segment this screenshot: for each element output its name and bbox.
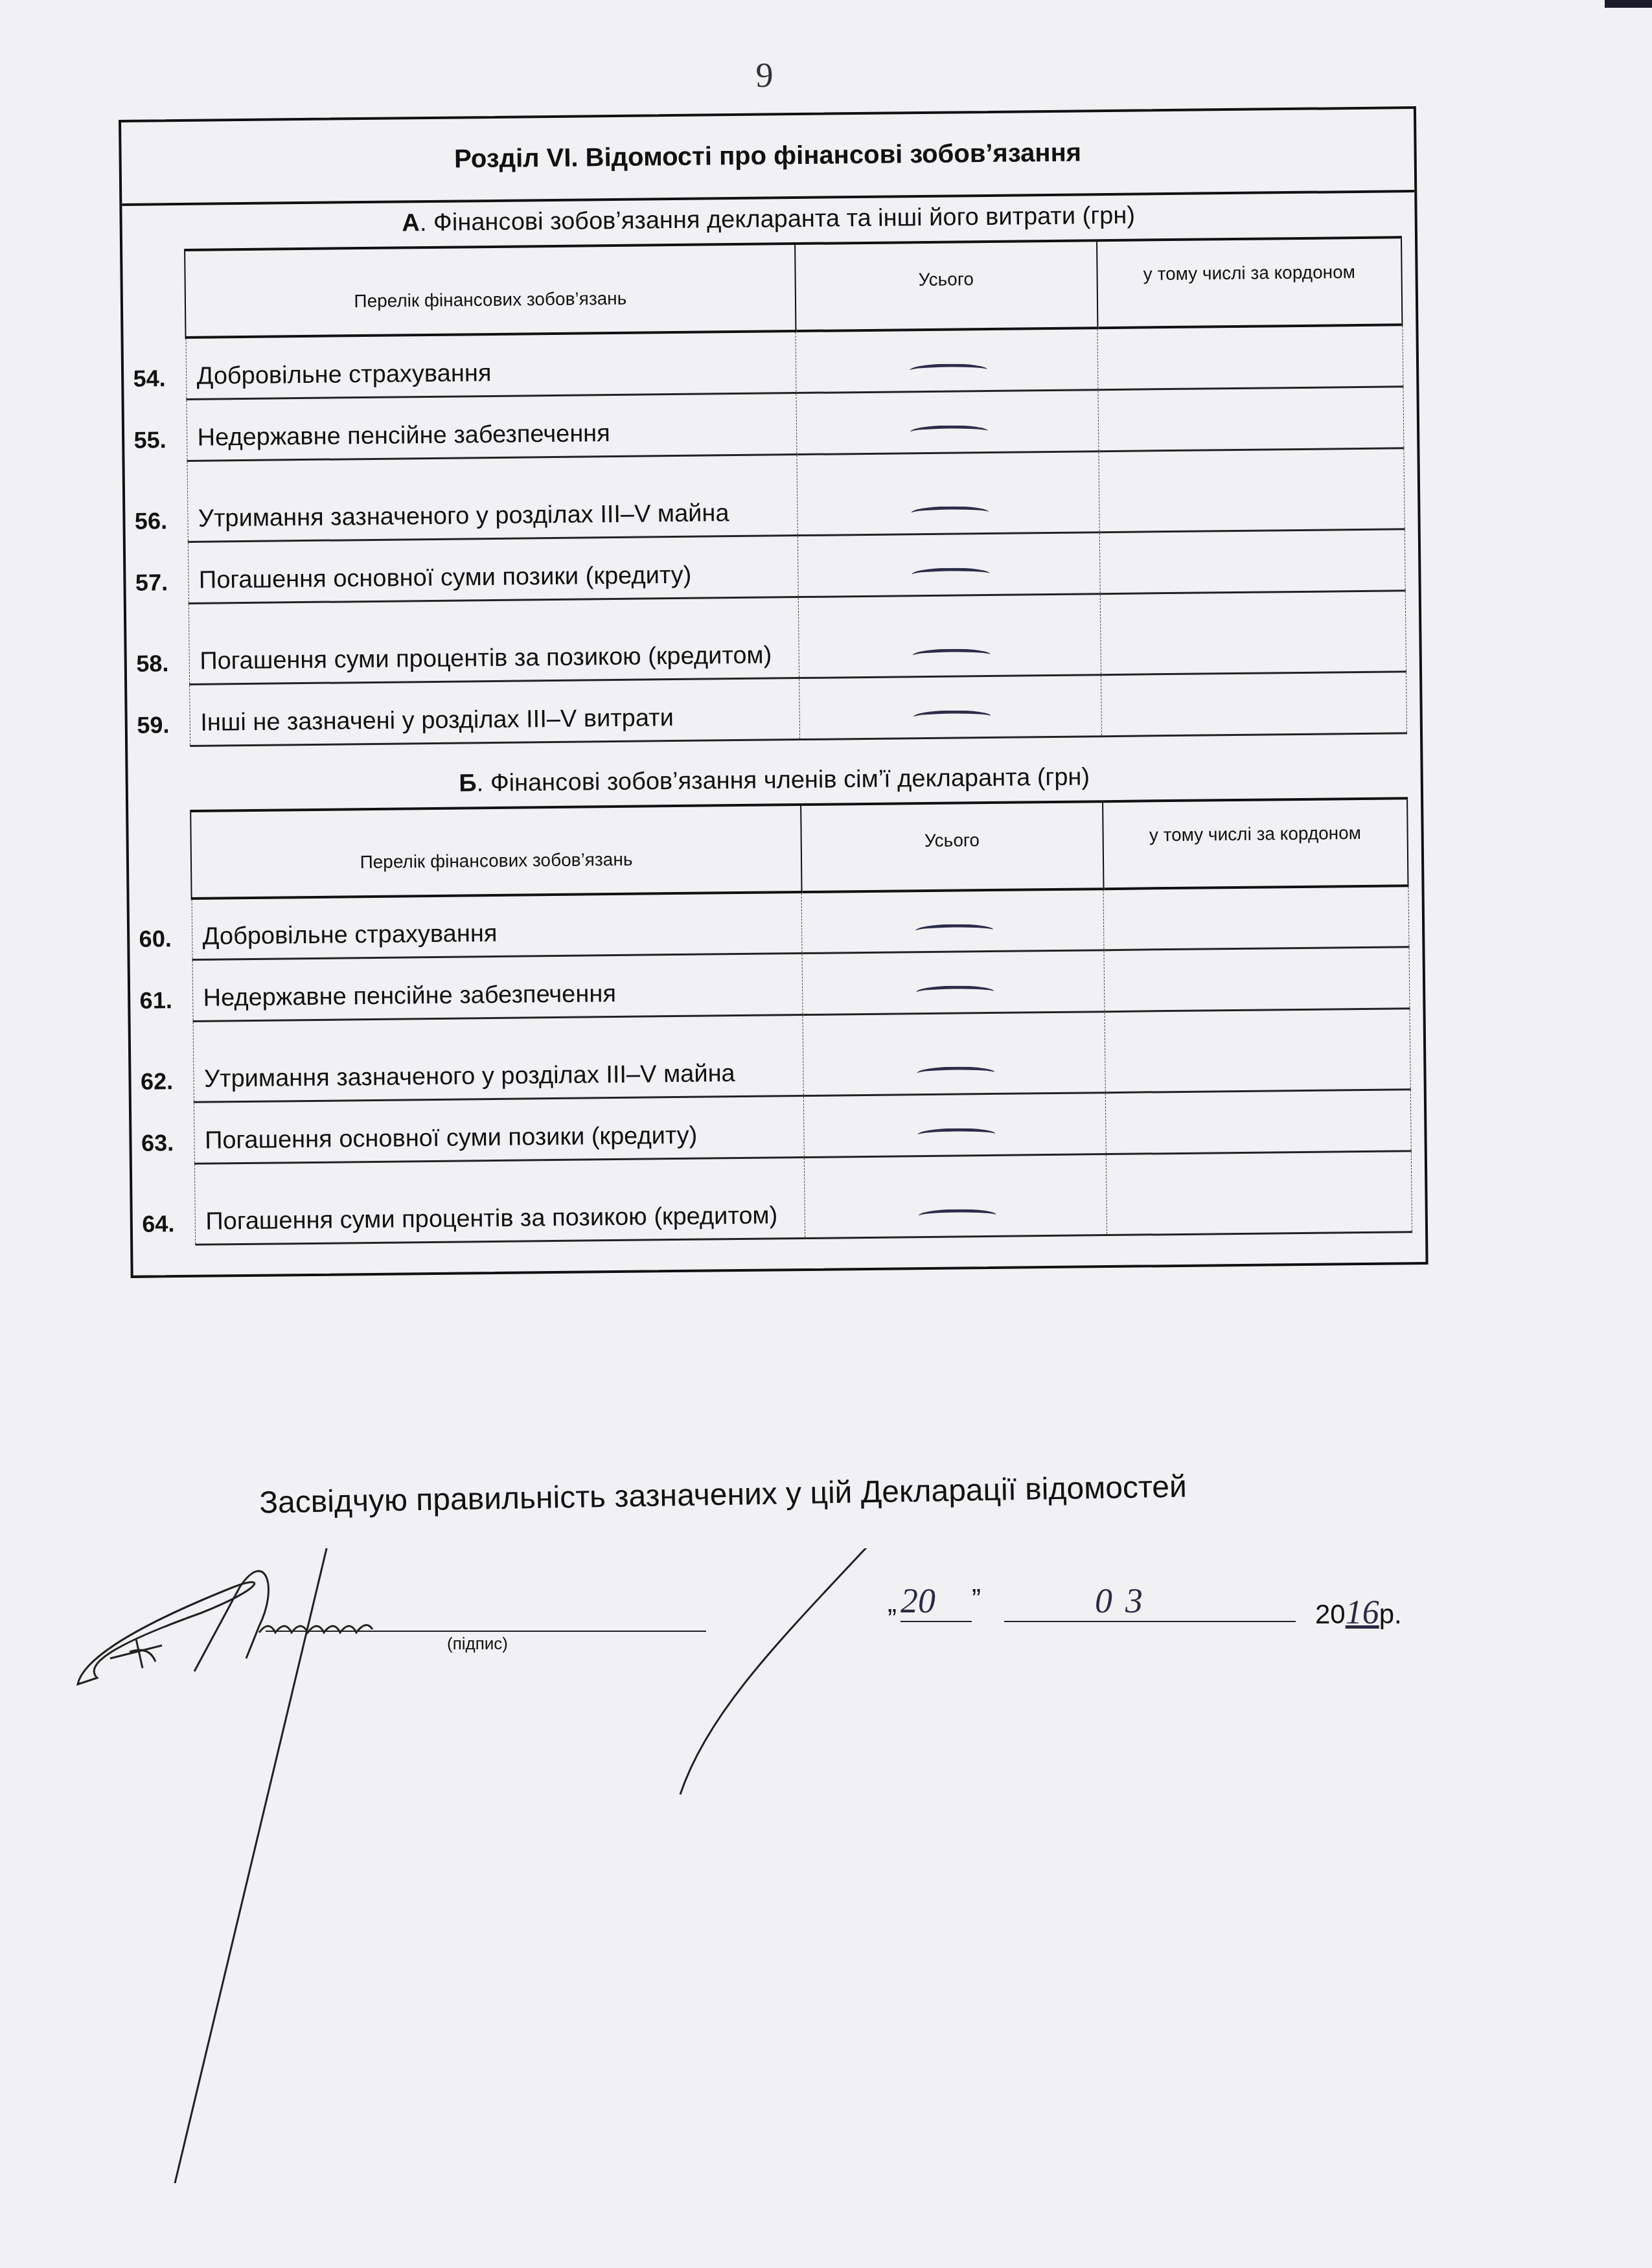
- handwritten-dash-mark: [917, 1128, 995, 1141]
- total-value-cell: [799, 674, 1102, 739]
- handwritten-dash-mark: [917, 1066, 994, 1079]
- row-number: 55.: [133, 426, 166, 454]
- table-row: 62.Утримання зазначеного у розділах III–…: [193, 1009, 1410, 1103]
- total-value-cell: [805, 1154, 1107, 1239]
- row-number: 64.: [142, 1210, 174, 1238]
- scan-edge-mark: [1605, 0, 1652, 8]
- table-row: 59.Інші не зазначені у розділах III–V ви…: [189, 671, 1406, 746]
- handwritten-dash-mark: [913, 709, 991, 722]
- row-number: 59.: [137, 711, 169, 739]
- row-number: 54.: [133, 365, 165, 393]
- part-b-title-text: . Фінансові зобов’язання членів сім’ї де…: [476, 763, 1090, 797]
- row-number: 63.: [141, 1129, 174, 1157]
- row-label: Утримання зазначеного у розділах III–V м…: [198, 499, 729, 533]
- handwritten-dash-mark: [918, 1209, 996, 1222]
- abroad-value-cell: [1105, 1090, 1410, 1154]
- total-value-cell: [796, 328, 1098, 393]
- row-label-cell: 55.Недержавне пенсійне забезпечення: [187, 393, 797, 461]
- row-number: 60.: [139, 925, 172, 953]
- certification-text: Засвідчую правильність зазначених у цій …: [259, 1469, 1187, 1521]
- row-label: Інші не зазначені у розділах III–V витра…: [200, 704, 674, 737]
- date-year-prefix: 20: [1315, 1599, 1346, 1629]
- header-total: Усього: [795, 240, 1097, 331]
- total-value-cell: [798, 532, 1101, 597]
- header-abroad: у тому числі за кордоном: [1103, 798, 1408, 889]
- abroad-value-cell: [1098, 386, 1403, 451]
- signature-line: [266, 1631, 706, 1632]
- row-label: Погашення суми процентів за позикою (кре…: [205, 1202, 777, 1235]
- row-label-cell: 60.Добровільне страхування: [192, 892, 803, 960]
- row-number: 57.: [135, 569, 168, 597]
- part-b-letter: Б: [459, 770, 477, 797]
- total-value-cell: [799, 593, 1101, 678]
- row-number: 62.: [141, 1068, 173, 1095]
- row-label: Недержавне пенсійне забезпечення: [203, 980, 616, 1012]
- abroad-value-cell: [1097, 325, 1403, 389]
- row-label-cell: 59.Інші не зазначені у розділах III–V ви…: [189, 678, 800, 746]
- handwritten-dash-mark: [912, 648, 990, 661]
- row-label-cell: 56.Утримання зазначеного у розділах III–…: [187, 454, 798, 542]
- total-value-cell: [803, 1012, 1105, 1096]
- total-value-cell: [804, 1093, 1107, 1158]
- row-label-cell: 62.Утримання зазначеного у розділах III–…: [193, 1015, 804, 1103]
- part-b-table: Перелік фінансових зобов’язань Усього у …: [190, 797, 1412, 1246]
- abroad-value-cell: [1100, 590, 1406, 674]
- row-number: 56.: [135, 507, 167, 535]
- handwritten-dash-mark: [911, 505, 989, 518]
- row-label: Утримання зазначеного у розділах III–V м…: [204, 1060, 735, 1093]
- part-a-rows: 54.Добровільне страхування55.Недержавне …: [186, 325, 1406, 746]
- row-label: Погашення основної суми позики (кредиту): [205, 1122, 698, 1154]
- date-quote-close: ”: [972, 1583, 981, 1614]
- table-row: 64.Погашення суми процентів за позикою (…: [194, 1151, 1412, 1245]
- date-month: 03: [1095, 1581, 1156, 1621]
- header-name: Перелік фінансових зобов’язань: [185, 244, 796, 338]
- part-a-table: Перелік фінансових зобов’язань Усього у …: [184, 236, 1407, 746]
- row-label-cell: 54.Добровільне страхування: [186, 331, 797, 399]
- date-year: 2016р.: [1315, 1594, 1402, 1632]
- handwritten-dash-mark: [916, 985, 994, 998]
- row-label: Погашення суми процентів за позикою (кре…: [200, 641, 772, 674]
- abroad-value-cell: [1105, 1009, 1410, 1093]
- part-a-letter: А: [402, 209, 420, 236]
- header-total: Усього: [801, 801, 1103, 892]
- handwritten-dash-mark: [910, 363, 987, 376]
- table-row: 58.Погашення суми процентів за позикою (…: [189, 590, 1406, 684]
- handwritten-signature: [71, 1548, 1043, 2196]
- page-number: 9: [745, 55, 784, 95]
- abroad-value-cell: [1103, 886, 1408, 950]
- date-day: 20: [901, 1581, 935, 1621]
- handwritten-dash-mark: [910, 424, 988, 437]
- header-name: Перелік фінансових зобов’язань: [190, 805, 801, 899]
- date-day-line: [901, 1621, 972, 1622]
- date-year-suffix: 16: [1346, 1594, 1379, 1631]
- section-frame: Розділ VI. Відомості про фінансові зобов…: [119, 106, 1428, 1278]
- handwritten-dash-mark: [915, 924, 993, 937]
- date-month-line: [1004, 1621, 1296, 1622]
- abroad-value-cell: [1099, 529, 1405, 593]
- row-label-cell: 64.Погашення суми процентів за позикою (…: [194, 1158, 805, 1245]
- row-label: Недержавне пенсійне забезпечення: [197, 420, 610, 452]
- table-header-row: Перелік фінансових зобов’язань Усього у …: [190, 798, 1408, 899]
- abroad-value-cell: [1099, 448, 1405, 532]
- row-label: Добровільне страхування: [196, 359, 491, 389]
- handwritten-dash-mark: [912, 567, 989, 580]
- header-abroad: у тому числі за кордоном: [1097, 237, 1403, 328]
- abroad-value-cell: [1101, 671, 1406, 736]
- date-year-unit: р.: [1379, 1599, 1402, 1629]
- row-number: 61.: [140, 987, 172, 1014]
- abroad-value-cell: [1104, 947, 1409, 1012]
- part-a-title: А. Фінансові зобов’язання декларанта та …: [122, 199, 1414, 240]
- abroad-value-cell: [1106, 1151, 1412, 1235]
- row-label-cell: 58.Погашення суми процентів за позикою (…: [189, 597, 799, 684]
- part-b-rows: 60.Добровільне страхування61.Недержавне …: [192, 886, 1412, 1245]
- part-a-title-text: . Фінансові зобов’язання декларанта та і…: [420, 202, 1136, 237]
- total-value-cell: [802, 950, 1105, 1015]
- signature-label: (підпис): [447, 1634, 508, 1654]
- section-title: Розділ VI. Відомості про фінансові зобов…: [121, 109, 1414, 206]
- row-label-cell: 63.Погашення основної суми позики (креди…: [194, 1096, 805, 1164]
- total-value-cell: [801, 889, 1104, 954]
- table-header-row: Перелік фінансових зобов’язань Усього у …: [185, 237, 1402, 338]
- row-number: 58.: [136, 650, 168, 678]
- date-quote-open: „: [888, 1587, 897, 1618]
- row-label-cell: 61.Недержавне пенсійне забезпечення: [192, 954, 803, 1022]
- row-label: Погашення основної суми позики (кредиту): [199, 561, 692, 593]
- total-value-cell: [797, 451, 1099, 535]
- row-label: Добровільне страхування: [202, 920, 497, 950]
- date-field: „ 20 ” 03 2016р.: [875, 1581, 1458, 1632]
- row-label-cell: 57.Погашення основної суми позики (креди…: [188, 535, 799, 603]
- total-value-cell: [796, 389, 1099, 454]
- table-row: 56.Утримання зазначеного у розділах III–…: [187, 448, 1405, 542]
- part-b-title: Б. Фінансові зобов’язання членів сім’ї д…: [128, 760, 1421, 801]
